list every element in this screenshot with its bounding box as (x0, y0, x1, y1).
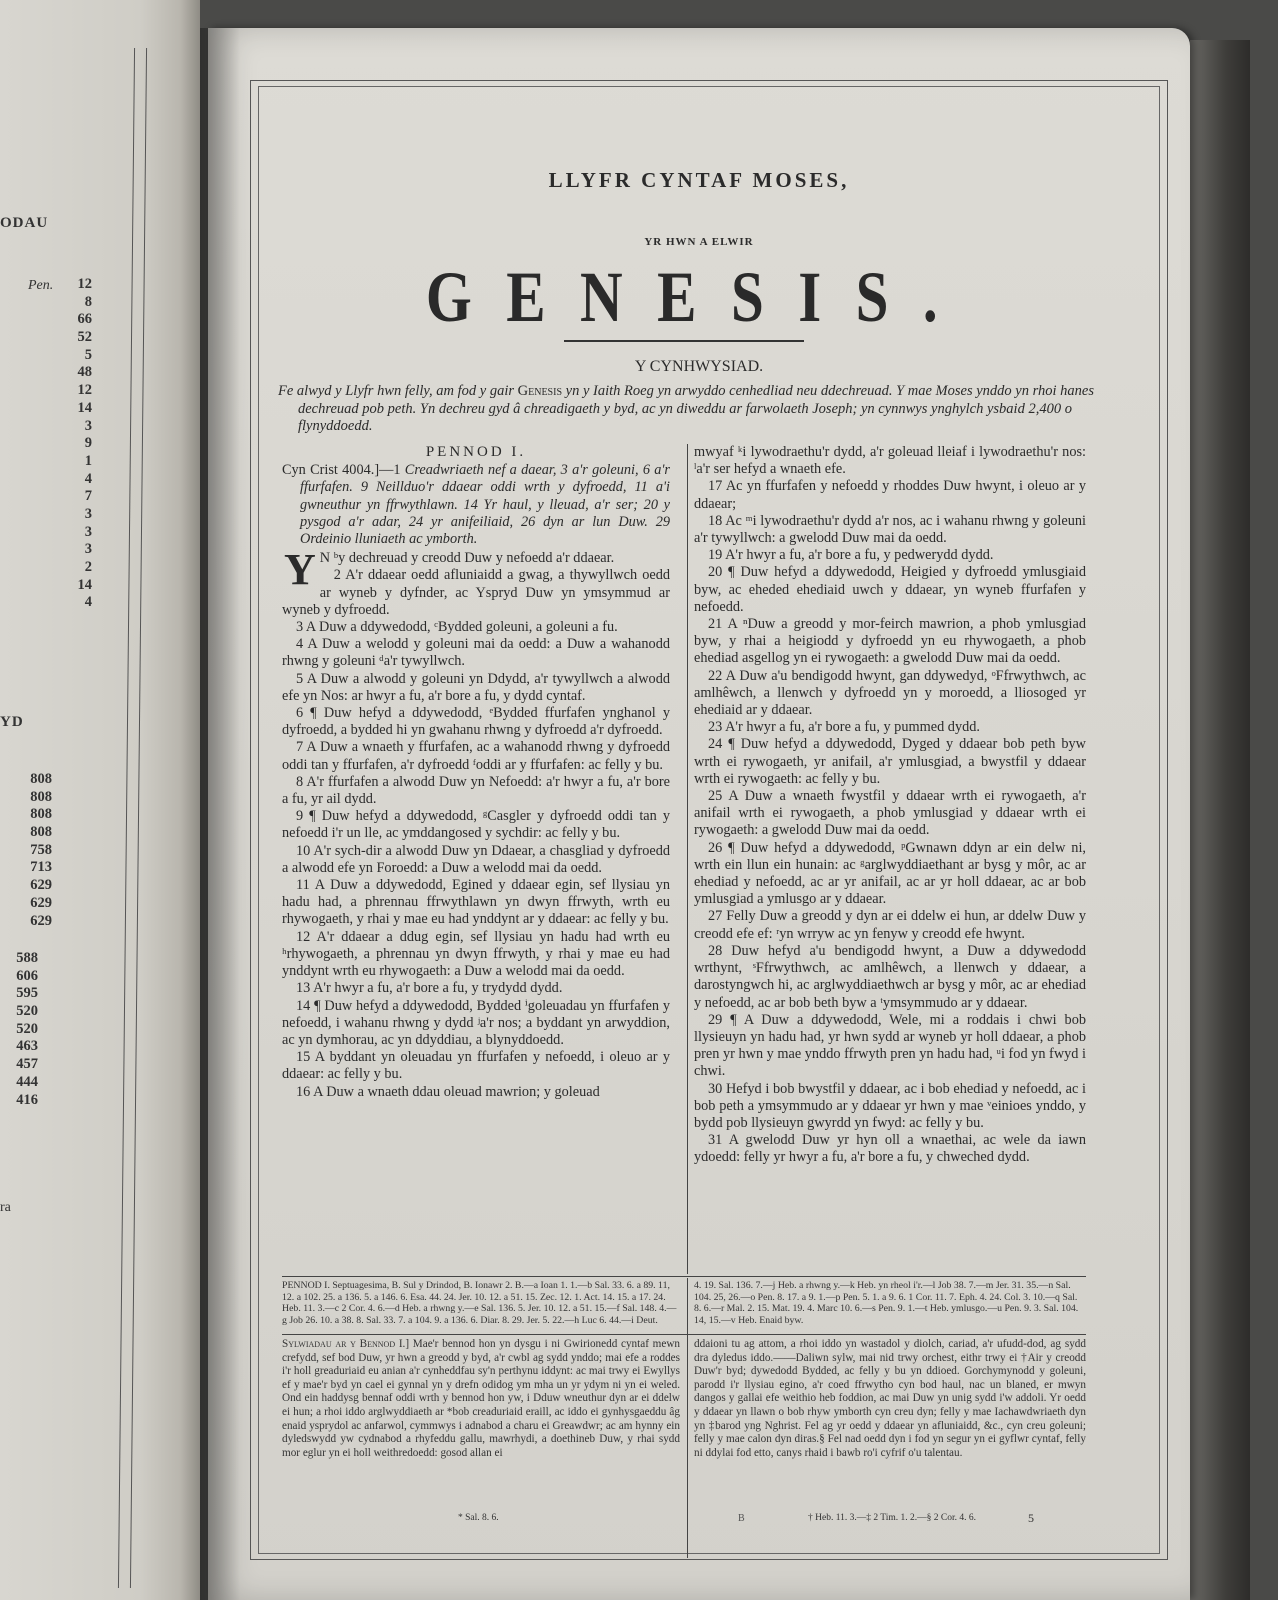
page-ref-number: 416 (0, 1092, 38, 1110)
verse: 11 A Duw a ddywedodd, Egined y ddaear eg… (282, 877, 670, 929)
verse-list-right: 17 Ac yn ffurfafen y nefoedd y rhoddes D… (694, 478, 1086, 1166)
chapter-count: 2 (50, 559, 92, 577)
verse: 16 A Duw a wnaeth ddau oleuad mawrion; y… (282, 1084, 670, 1101)
verse: 6 ¶ Duw hefyd a ddywedodd, ᵉBydded ffurf… (282, 705, 670, 739)
chapter-count: 3 (50, 524, 92, 542)
footnote-right: † Heb. 11. 3.—‡ 2 Tim. 1. 2.—§ 2 Cor. 4.… (808, 1513, 976, 1523)
verse: 7 A Duw a wnaeth y ffurfafen, ac a wahan… (282, 739, 670, 773)
main-title: GENESIS. (296, 256, 1101, 339)
chapter-count: 52 (50, 329, 92, 347)
commentary-right: ddaioni tu ag attom, a rhoi iddo yn wast… (694, 1338, 1086, 1460)
page-ref-number: 758 (10, 842, 52, 860)
verse-list-left: 2 A'r ddaear oedd afluniaidd a gwag, a t… (282, 567, 670, 1100)
verse-continuation: mwyaf ᵏi lywodraethu'r dydd, a'r goleuad… (694, 444, 1086, 478)
cross-references-right: 4. 19. Sal. 136. 7.—j Heb. a rhwng y.—k … (694, 1280, 1086, 1326)
text-column-left: PENNOD I. Cyn Crist 4004.]—1 Creadwriaet… (282, 444, 670, 1101)
verse: 14 ¶ Duw hefyd a ddywedodd, Bydded ⁱgole… (282, 998, 670, 1050)
chapter-date: Cyn Crist 4004.]—1 (282, 462, 401, 478)
commentary-rule (282, 1334, 1086, 1335)
verse: 21 A ⁿDuw a greodd y mor-feirch mawrion,… (694, 616, 1086, 668)
book-title: LLYFR CYNTAF MOSES, (208, 168, 1190, 193)
text-column-right: mwyaf ᵏi lywodraethu'r dydd, a'r goleuad… (694, 444, 1086, 1167)
chapter-count: 3 (50, 418, 92, 436)
summary-keyword: Genesis (518, 383, 562, 399)
verse: 18 Ac ᵐi lywodraethu'r dydd a'r nos, ac … (694, 513, 1086, 547)
verse: 10 A'r sych-dir a alwodd Duw yn Ddaear, … (282, 843, 670, 877)
verse: 22 A Duw a'u bendigodd hwynt, gan ddywed… (694, 668, 1086, 720)
bible-page: LLYFR CYNTAF MOSES, YR HWN A ELWIR GENES… (208, 28, 1190, 1600)
verse: 28 Duw hefyd a'u bendigodd hwynt, a Duw … (694, 943, 1086, 1012)
verse: 3 A Duw a ddywedodd, ᶜBydded goleuni, a … (282, 619, 670, 636)
verse: 5 A Duw a alwodd y goleuni yn Ddydd, a'r… (282, 671, 670, 705)
verse: 24 ¶ Duw hefyd a ddywedodd, Dyged y ddae… (694, 736, 1086, 788)
notes-column-divider (687, 1278, 688, 1558)
page-ref-number: 808 (10, 789, 52, 807)
chapter-count: 66 (50, 311, 92, 329)
verse: 20 ¶ Duw hefyd a ddywedodd, Heigied y dy… (694, 564, 1086, 616)
chapter-count: 48 (50, 364, 92, 382)
verse: 27 Felly Duw a greodd y dyn ar ei ddelw … (694, 908, 1086, 942)
verse: 19 A'r hwyr a fu, a'r bore a fu, y pedwe… (694, 547, 1086, 564)
page-ref-number: 463 (0, 1038, 38, 1056)
chapter-count-list: 12866525481214391473332144 (50, 276, 92, 612)
footnote-left: * Sal. 8. 6. (458, 1513, 499, 1523)
page-ref-number: 713 (10, 859, 52, 877)
number-list-a: 808808808808758713629629629 (10, 771, 52, 930)
chapter-count: 4 (50, 594, 92, 612)
notes-rule (282, 1276, 1086, 1277)
number-list-b: 588606595520520463457444416 (0, 950, 38, 1109)
facing-heading-top: ODAU (0, 215, 48, 232)
chapter-count: 14 (50, 577, 92, 595)
page-ref-number: 595 (0, 985, 38, 1003)
chapter-count: 1 (50, 453, 92, 471)
chapter-count: 3 (50, 506, 92, 524)
commentary-label: Sylwiadau ar y Bennod I.] (282, 1338, 409, 1350)
commentary-text: Mae'r bennod hon yn dysgu i ni Gwirioned… (282, 1338, 680, 1459)
book-summary: Fe alwyd y Llyfr hwn felly, am fod y gai… (278, 383, 1098, 436)
chapter-count: 3 (50, 541, 92, 559)
chapter-count: 8 (50, 294, 92, 312)
verse-1: YN ᵇy dechreuad y creodd Duw y nefoedd a… (282, 550, 670, 567)
page-ref-number: 457 (0, 1056, 38, 1074)
chapter-count: 4 (50, 471, 92, 489)
drop-cap: Y (284, 552, 316, 588)
verse: 8 A'r ffurfafen a alwodd Duw yn Nefoedd:… (282, 774, 670, 808)
chapter-count: 12 (50, 276, 92, 294)
verse: 30 Hefyd i bob bwystfil y ddaear, ac i b… (694, 1081, 1086, 1133)
page-number: 5 (1028, 1511, 1034, 1526)
summary-text: Fe alwyd y Llyfr hwn felly, am fod y gai… (278, 383, 518, 399)
verse: 26 ¶ Duw hefyd a ddywedodd, ᵖGwnawn ddyn… (694, 840, 1086, 909)
verse: 15 A byddant yn oleuadau yn ffurfafen y … (282, 1049, 670, 1083)
page-ref-number: 520 (0, 1021, 38, 1039)
page-ref-number: 629 (10, 895, 52, 913)
verse: 9 ¶ Duw hefyd a ddywedodd, ᵍCasgler y dy… (282, 808, 670, 842)
chapter-count: 14 (50, 400, 92, 418)
column-divider (687, 444, 688, 1274)
page-signature: B (738, 1513, 745, 1524)
page-ref-number: 444 (0, 1074, 38, 1092)
verse: 13 A'r hwyr a fu, a'r bore a fu, y trydy… (282, 980, 670, 997)
verse: 31 A gwelodd Duw yr hyn oll a wnaethai, … (694, 1132, 1086, 1166)
facing-page-left: ODAU Pen. 12866525481214391473332144 YD … (0, 0, 200, 1600)
page-ref-number: 629 (10, 877, 52, 895)
chapter-count: 9 (50, 435, 92, 453)
page-ref-number: 588 (0, 950, 38, 968)
facing-heading-mid: YD (0, 714, 24, 731)
page-stack-edge (1190, 40, 1250, 1600)
gutter-shadow (200, 28, 240, 1600)
verse: 12 A'r ddaear a ddug egin, sef llysiau y… (282, 929, 670, 981)
chapter-count: 12 (50, 382, 92, 400)
commentary-left: Sylwiadau ar y Bennod I.] Mae'r bennod h… (282, 1338, 680, 1460)
page-ref-number: 808 (10, 806, 52, 824)
verse: 4 A Duw a welodd y goleuni mai da oedd: … (282, 636, 670, 670)
verse-text: N ᵇy dechreuad y creodd Duw y nefoedd a'… (320, 550, 614, 566)
chapter-heading: PENNOD I. (282, 444, 670, 461)
verse: 29 ¶ A Duw a ddywedodd, Wele, mi a rodda… (694, 1012, 1086, 1081)
verse: 25 A Duw a wnaeth fwystfil y ddaear wrth… (694, 788, 1086, 840)
chapter-count: 7 (50, 488, 92, 506)
title-rule (564, 340, 804, 342)
page-ref-number: 808 (10, 771, 52, 789)
page-ref-number: 606 (0, 968, 38, 986)
contents-heading: Y CYNHWYSIAD. (208, 358, 1190, 376)
facing-tail-text: ra (0, 1200, 11, 1216)
cross-references-left: PENNOD I. Septuagesima, B. Sul y Drindod… (282, 1280, 680, 1326)
page-ref-number: 808 (10, 824, 52, 842)
verse: 17 Ac yn ffurfafen y nefoedd y rhoddes D… (694, 478, 1086, 512)
page-ref-number: 520 (0, 1003, 38, 1021)
verse: 23 A'r hwyr a fu, a'r bore a fu, y pumme… (694, 719, 1086, 736)
book-subtitle: YR HWN A ELWIR (208, 236, 1190, 248)
chapter-synopsis: Cyn Crist 4004.]—1 Creadwriaeth nef a da… (282, 462, 670, 548)
page-ref-number: 629 (10, 913, 52, 931)
verse: 2 A'r ddaear oedd afluniaidd a gwag, a t… (282, 567, 670, 619)
chapter-count: 5 (50, 347, 92, 365)
